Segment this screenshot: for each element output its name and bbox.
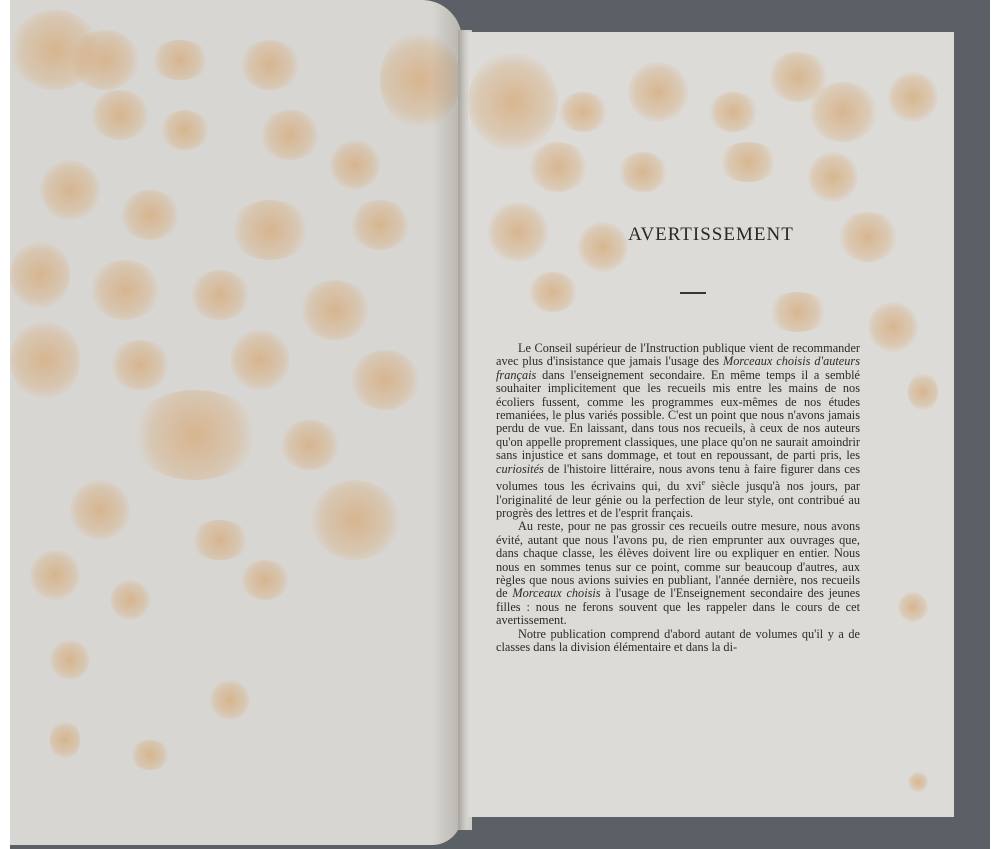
paragraph-3: Notre publication comprend d'abord autan…: [496, 628, 860, 655]
paragraph-1: Le Conseil supérieur de l'Instruction pu…: [496, 342, 860, 520]
page-title: AVERTISSEMENT: [468, 224, 954, 246]
right-page: AVERTISSEMENT Le Conseil supérieur de l'…: [468, 32, 954, 817]
paragraph-2: Au reste, pour ne pas grossir ces recuei…: [496, 520, 860, 627]
title-rule: [680, 292, 706, 294]
left-page: [10, 0, 462, 845]
body-text: Le Conseil supérieur de l'Instruction pu…: [496, 342, 860, 654]
